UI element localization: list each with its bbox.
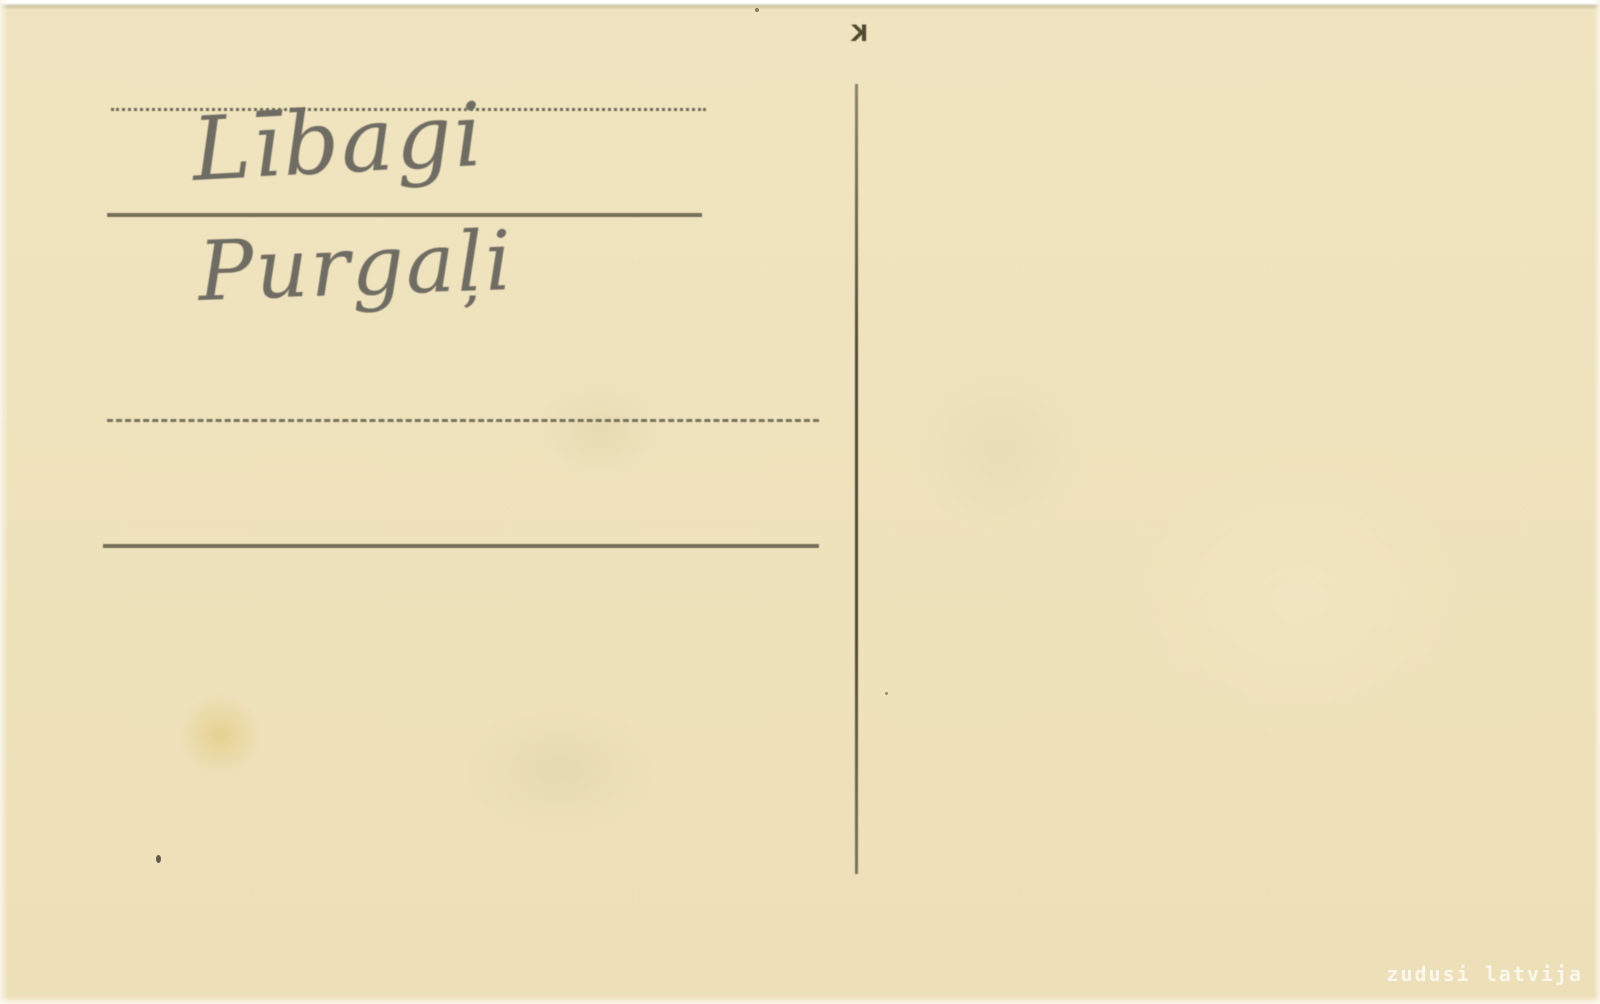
postcard-back: K Lībagi Purgaļi zudusi latvija — [0, 0, 1600, 1004]
scan-right-edge — [1594, 0, 1600, 1004]
scan-top-edge — [0, 0, 1600, 10]
address-line-2 — [107, 213, 702, 217]
ink-speck — [755, 8, 759, 12]
printer-mark: K — [851, 22, 868, 47]
ink-speck — [885, 692, 888, 695]
handwritten-place-name-1: Lībagi — [190, 83, 487, 201]
watermark: zudusi latvija — [1386, 962, 1583, 986]
ink-speck — [156, 855, 161, 863]
scan-bottom-edge — [0, 996, 1600, 1004]
scan-left-edge — [0, 0, 8, 1004]
handwritten-place-name-2: Purgaļi — [197, 214, 515, 320]
address-line-4 — [103, 544, 819, 548]
center-divider-line — [855, 84, 858, 874]
address-line-3 — [107, 419, 819, 422]
